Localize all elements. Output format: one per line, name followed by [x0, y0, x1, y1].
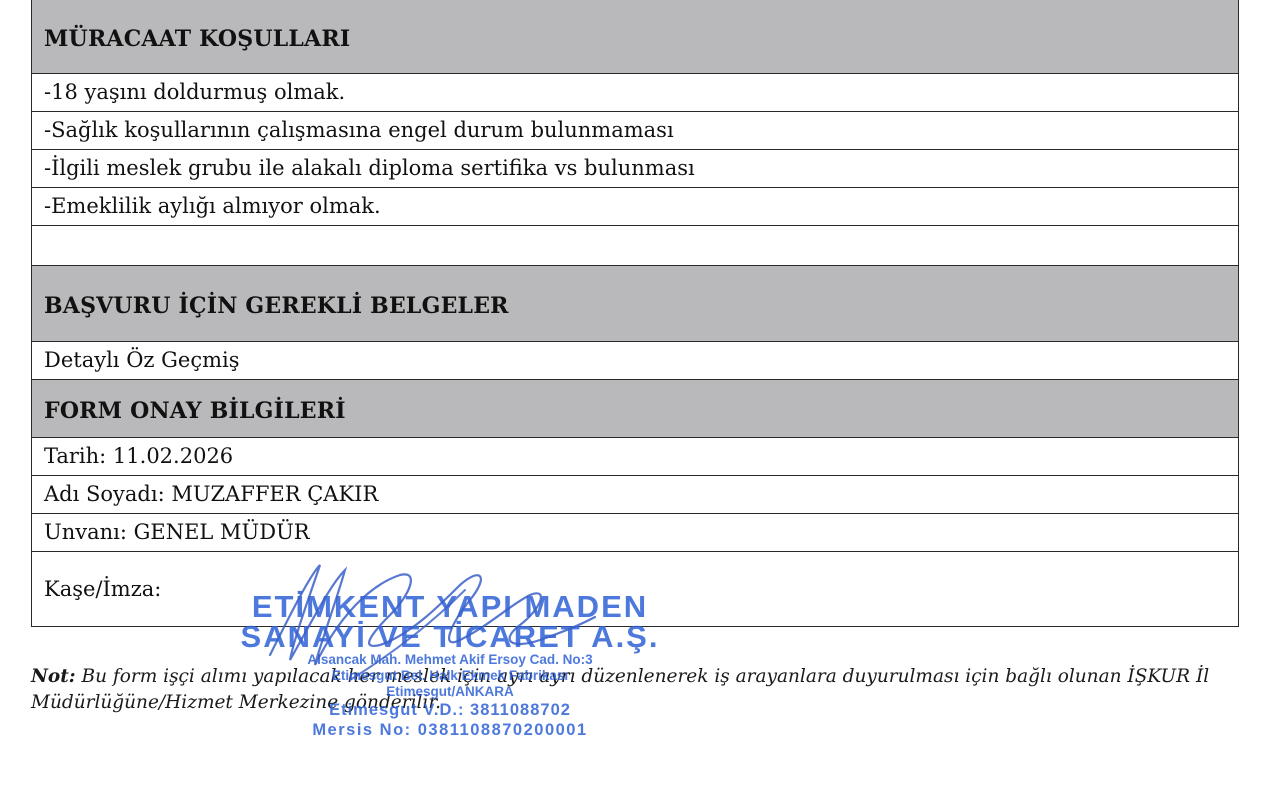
- signature-label: Kaşe/İmza:: [44, 579, 161, 600]
- condition-row: -Emeklilik aylığı almıyor olmak.: [32, 188, 1238, 226]
- condition-row: -Sağlık koşullarının çalışmasına engel d…: [32, 112, 1238, 150]
- condition-text: -18 yaşını doldurmuş olmak.: [44, 82, 345, 103]
- document-row: Detaylı Öz Geçmiş: [32, 342, 1238, 380]
- approval-date: Tarih: 11.02.2026: [44, 446, 233, 467]
- condition-row: -18 yaşını doldurmuş olmak.: [32, 74, 1238, 112]
- approval-name-row: Adı Soyadı: MUZAFFER ÇAKIR: [32, 476, 1238, 514]
- approval-title-row: Unvanı: GENEL MÜDÜR: [32, 514, 1238, 552]
- condition-row-empty: [32, 226, 1238, 266]
- application-form-table: MÜRACAAT KOŞULLARI -18 yaşını doldurmuş …: [31, 0, 1239, 627]
- conditions-title: MÜRACAAT KOŞULLARI: [44, 28, 350, 50]
- signature-row: Kaşe/İmza:: [32, 552, 1238, 626]
- approval-job-title: Unvanı: GENEL MÜDÜR: [44, 522, 310, 543]
- document-text: Detaylı Öz Geçmiş: [44, 350, 240, 371]
- documents-title: BAŞVURU İÇİN GEREKLİ BELGELER: [44, 295, 509, 317]
- approval-title: FORM ONAY BİLGİLERİ: [44, 400, 346, 422]
- footer-note: Not: Bu form işçi alımı yapılacak her me…: [31, 664, 1261, 716]
- stamp-line-mersis: Mersis No: 0381108870200001: [240, 720, 660, 740]
- condition-text: -İlgili meslek grubu ile alakalı diploma…: [44, 158, 695, 179]
- condition-text: -Emeklilik aylığı almıyor olmak.: [44, 196, 381, 217]
- note-label: Not:: [31, 666, 76, 687]
- documents-header: BAŞVURU İÇİN GEREKLİ BELGELER: [32, 266, 1238, 342]
- approval-name: Adı Soyadı: MUZAFFER ÇAKIR: [44, 484, 378, 505]
- condition-row: -İlgili meslek grubu ile alakalı diploma…: [32, 150, 1238, 188]
- conditions-header: MÜRACAAT KOŞULLARI: [32, 0, 1238, 74]
- note-text: Bu form işçi alımı yapılacak her meslek …: [31, 666, 1209, 713]
- condition-text: -Sağlık koşullarının çalışmasına engel d…: [44, 120, 674, 141]
- approval-header: FORM ONAY BİLGİLERİ: [32, 380, 1238, 438]
- approval-date-row: Tarih: 11.02.2026: [32, 438, 1238, 476]
